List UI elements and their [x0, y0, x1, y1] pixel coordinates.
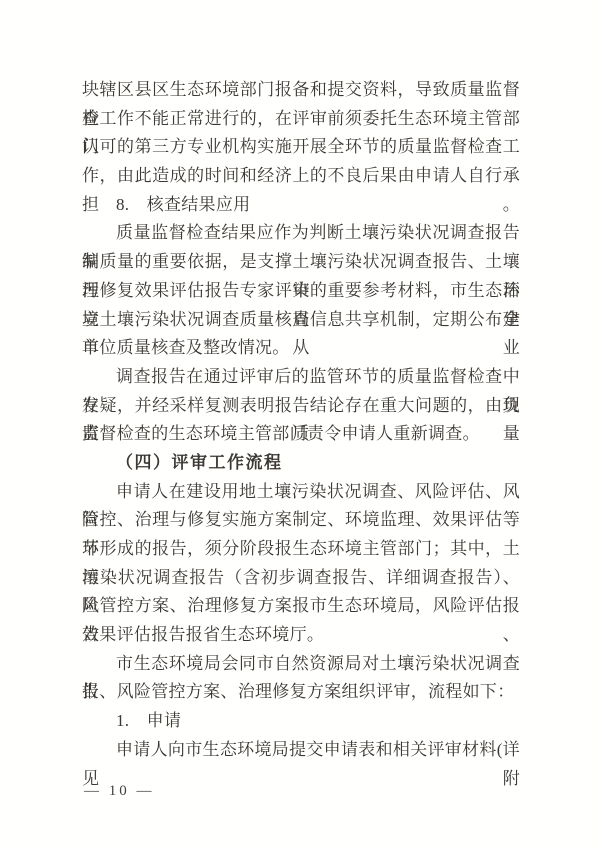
- text-line: 制质量的重要依据，是支撑土壤污染状况调查报告、土壤污染治: [82, 248, 520, 277]
- text-line: 调查报告在通过评审后的监管环节的质量监督检查中发现: [82, 363, 520, 392]
- text-line: 作，由此造成的时间和经济上的不良后果由申请人自行承担。: [82, 162, 520, 191]
- text-line: 块辖区县区生态环境部门报备和提交资料，导致质量监督检: [82, 76, 520, 105]
- text-line: 认可的第三方专业机构实施开展全环节的质量监督检查工: [82, 133, 520, 162]
- text-line: 理修复效果评估报告专家评审的重要参考材料，市生态环境局建: [82, 277, 520, 306]
- text-line: 立土壤污染状况调查质量核查信息共享机制，定期公布全市从业: [82, 306, 520, 335]
- text-line: 申请人在建设用地土壤污染状况调查、风险评估、风险: [82, 478, 520, 507]
- text-line: 查工作不能正常进行的，在评审前须委托生态环境主管部门: [82, 105, 520, 134]
- document-page: 块辖区县区生态环境部门报备和提交资料，导致质量监督检 查工作不能正常进行的，在评…: [0, 0, 600, 848]
- text-line: 污染状况调查报告（含初步调查报告、详细调查报告）、风: [82, 564, 520, 593]
- text-line: 管控、治理与修复实施方案制定、环境监理、效果评估等环: [82, 506, 520, 535]
- heading-section-4: （四）评审工作流程: [82, 449, 520, 478]
- text-line: 存疑，并经采样复测表明报告结论存在重大问题的，由负责质量: [82, 392, 520, 421]
- heading-item-1: 1. 申请: [82, 707, 520, 736]
- text-line: 节形成的报告，须分阶段报生态环境主管部门；其中，土壤: [82, 535, 520, 564]
- page-number: — 10 —: [84, 783, 155, 800]
- text-line: 市生态环境局会同市自然资源局对土壤污染状况调查报: [82, 650, 520, 679]
- text-line: 申请人向市生态环境局提交申请表和相关评审材料(详见附: [82, 736, 520, 765]
- text-line: 监督检查的生态环境主管部门责令申请人重新调查。: [82, 420, 520, 449]
- text-line: 险管控方案、治理修复方案报市生态环境局，风险评估报告、: [82, 592, 520, 621]
- page-body-text: 块辖区县区生态环境部门报备和提交资料，导致质量监督检 查工作不能正常进行的，在评…: [82, 76, 520, 765]
- text-line: 质量监督检查结果应作为判断土壤污染状况调查报告编: [82, 219, 520, 248]
- text-line: 告、风险管控方案、治理修复方案组织评审，流程如下：: [82, 678, 520, 707]
